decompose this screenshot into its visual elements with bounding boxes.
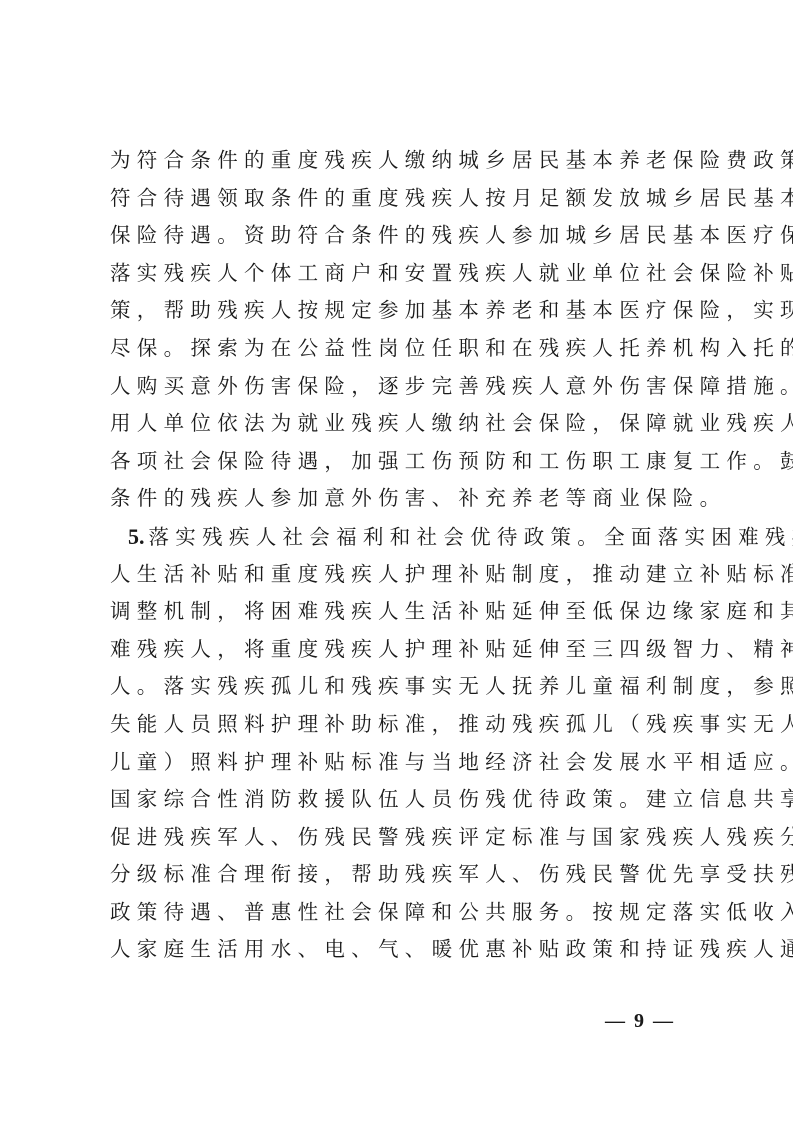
text-line: 人家庭生活用水、电、气、暖优惠补贴政策和持证残疾人通讯资 xyxy=(110,931,690,969)
text-line: 符合待遇领取条件的重度残疾人按月足额发放城乡居民基本养老 xyxy=(110,180,690,218)
text-line: 人。落实残疾孤儿和残疾事实无人抚养儿童福利制度，参照特困 xyxy=(110,668,690,706)
text-line: 保险待遇。资助符合条件的残疾人参加城乡居民基本医疗保险、 xyxy=(110,217,690,255)
text-line: 策，帮助残疾人按规定参加基本养老和基本医疗保险，实现应保 xyxy=(110,292,690,330)
text-line: 调整机制，将困难残疾人生活补贴延伸至低保边缘家庭和其他困 xyxy=(110,593,690,631)
text-line: 各项社会保险待遇，加强工伤预防和工伤职工康复工作。鼓励有 xyxy=(110,443,690,481)
text-line: 国家综合性消防救援队伍人员伤残优待政策。建立信息共享机制， xyxy=(110,781,690,819)
section-5-heading-line: 5.落实残疾人社会福利和社会优待政策。全面落实困难残疾 xyxy=(110,518,690,556)
text-line: 政策待遇、普惠性社会保障和公共服务。按规定落实低收入残疾 xyxy=(110,894,690,932)
text-line: 人生活补贴和重度残疾人护理补贴制度，推动建立补贴标准动态 xyxy=(110,556,690,594)
text-line: 人购买意外伤害保险，逐步完善残疾人意外伤害保障措施。督促 xyxy=(110,368,690,406)
text-line: 条件的残疾人参加意外伤害、补充养老等商业保险。 xyxy=(110,480,690,518)
text-line: 为符合条件的重度残疾人缴纳城乡居民基本养老保险费政策，为 xyxy=(110,142,690,180)
page-number: — 9 — xyxy=(600,1010,680,1033)
text-line: 儿童）照料护理补贴标准与当地经济社会发展水平相适应。落实 xyxy=(110,744,690,782)
text-line: 失能人员照料护理补助标准，推动残疾孤儿（残疾事实无人抚养 xyxy=(110,706,690,744)
text-line: 落实残疾人个体工商户和安置残疾人就业单位社会保险补贴等政 xyxy=(110,255,690,293)
section-5-first-line: 落实残疾人社会福利和社会优待政策。全面落实困难残疾 xyxy=(149,525,793,549)
text-line: 促进残疾军人、伤残民警残疾评定标准与国家残疾人残疾分类和 xyxy=(110,819,690,857)
text-line: 用人单位依法为就业残疾人缴纳社会保险，保障就业残疾人享受 xyxy=(110,405,690,443)
document-page: 为符合条件的重度残疾人缴纳城乡居民基本养老保险费政策，为 符合待遇领取条件的重度… xyxy=(0,0,793,1122)
text-line: 尽保。探索为在公益性岗位任职和在残疾人托养机构入托的残疾 xyxy=(110,330,690,368)
text-line: 难残疾人，将重度残疾人护理补贴延伸至三四级智力、精神残疾 xyxy=(110,631,690,669)
section-number: 5. xyxy=(128,524,145,549)
text-line: 分级标准合理衔接，帮助残疾军人、伤残民警优先享受扶残助残 xyxy=(110,856,690,894)
body-text: 为符合条件的重度残疾人缴纳城乡居民基本养老保险费政策，为 符合待遇领取条件的重度… xyxy=(110,142,690,969)
